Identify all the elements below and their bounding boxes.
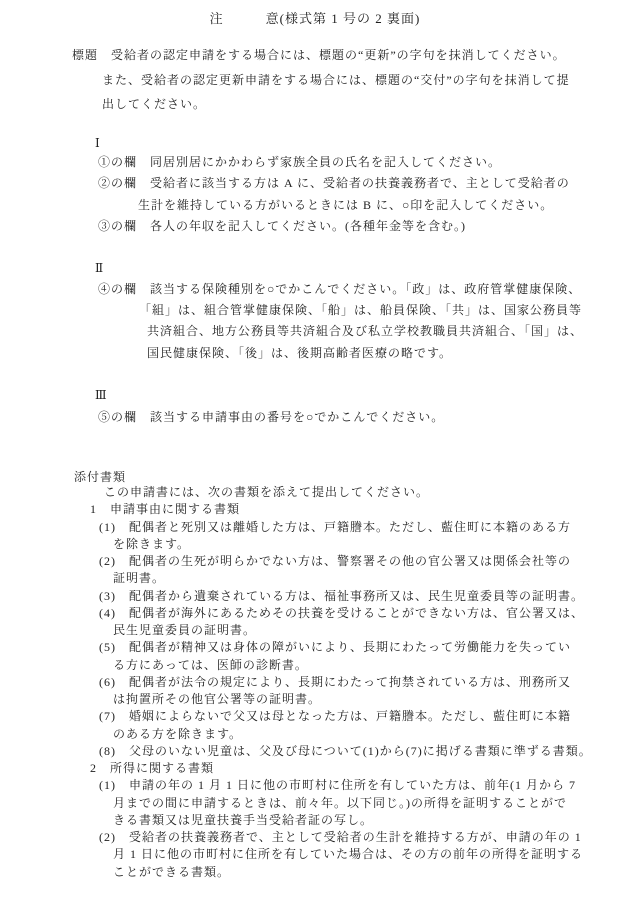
text-line: また、受給者の認定更新申請をする場合には、標題の“交付”の字句を抹消して提 — [0, 68, 630, 93]
section-iii: ⑤の欄 該当する申請事由の番号を○でかこんでください。 — [0, 410, 630, 424]
text-line: きる書類又は児童扶養手当受給者証の写し。 — [0, 812, 630, 829]
text-line: (6) 配偶者が法令の規定により、長期にわたって拘禁されている方は、刑務所又 — [0, 674, 630, 691]
text-line: この申請書には、次の書類を添えて提出してください。 — [0, 484, 630, 501]
text-line: 「組」は、組合管掌健康保険、「船」は、船員保険、「共」は、国家公務員等 — [0, 300, 630, 321]
text-line: 標題 受給者の認定申請をする場合には、標題の“更新”の字句を抹消してください。 — [0, 43, 630, 68]
text-line: (4) 配偶者が海外にあるためその扶養を受けることができない方は、官公署又は、 — [0, 605, 630, 622]
text-line: 月までの間に申請するときは、前々年。以下同じ。)の所得を証明することがで — [0, 795, 630, 812]
text-line: 証明書。 — [0, 570, 630, 587]
text-line: を除きます。 — [0, 536, 630, 553]
page-title: 注 意(様式第 1 号の 2 裏面) — [0, 10, 630, 28]
text-line: ①の欄 同居別居にかかわらず家族全員の氏名を記入してください。 — [0, 152, 630, 173]
title-note-paragraph: 標題 受給者の認定申請をする場合には、標題の“更新”の字句を抹消してください。 … — [0, 43, 630, 117]
text-line: 共済組合、地方公務員等共済組合及び私立学校教職員共済組合、「国」は、 — [0, 321, 630, 342]
text-line: は拘置所その他官公署等の証明書。 — [0, 691, 630, 708]
section-heading-ii: Ⅱ — [0, 261, 630, 275]
attachments-section: この申請書には、次の書類を添えて提出してください。 1 申請事由に関する書類 (… — [0, 484, 630, 881]
text-line: 2 所得に関する書類 — [0, 760, 630, 777]
section-heading-label: Ⅰ — [0, 136, 630, 150]
document-page: 注 意(様式第 1 号の 2 裏面) 標題 受給者の認定申請をする場合には、標題… — [0, 0, 630, 903]
section-heading-label: Ⅲ — [0, 388, 630, 402]
text-line: る方にあっては、医師の診断書。 — [0, 657, 630, 674]
text-line: ②の欄 受給者に該当する方は A に、受給者の扶養義務者で、主として受給者の — [0, 173, 630, 194]
text-line: 出してください。 — [0, 92, 630, 117]
text-line: 国民健康保険、「後」は、後期高齢者医療の略です。 — [0, 343, 630, 364]
text-line: ③の欄 各人の年収を記入してください。(各種年金等を含む。) — [0, 216, 630, 237]
text-line: (1) 申請の年の 1 月 1 日に他の市町村に住所を有していた方は、前年(1 … — [0, 777, 630, 794]
text-line: 民生児童委員の証明書。 — [0, 622, 630, 639]
text-line: ④の欄 該当する保険種別を○でかこんでください。「政」は、政府管掌健康保険、 — [0, 279, 630, 300]
text-line: (2) 受給者の扶養義務者で、主として受給者の生計を維持する方が、申請の年の 1 — [0, 829, 630, 846]
section-heading-i: Ⅰ — [0, 136, 630, 150]
section-i: ①の欄 同居別居にかかわらず家族全員の氏名を記入してください。 ②の欄 受給者に… — [0, 152, 630, 238]
text-line: のある方を除きます。 — [0, 726, 630, 743]
text-line: 月 1 日に他の市町村に住所を有していた場合は、その方の前年の所得を証明する — [0, 846, 630, 863]
text-line: (1) 配偶者と死別又は離婚した方は、戸籍謄本。ただし、藍住町に本籍のある方 — [0, 519, 630, 536]
text-line: 1 申請事由に関する書類 — [0, 501, 630, 518]
text-line: (7) 婚姻によらないで父又は母となった方は、戸籍謄本。ただし、藍住町に本籍 — [0, 708, 630, 725]
text-line: 生計を維持している方がいるときには B に、○印を記入してください。 — [0, 195, 630, 216]
text-line: (5) 配偶者が精神又は身体の障がいにより、長期にわたって労働能力を失ってい — [0, 639, 630, 656]
section-heading-label: Ⅱ — [0, 261, 630, 275]
text-line: (2) 配偶者の生死が明らかでない方は、警察署その他の官公署又は関係会社等の — [0, 553, 630, 570]
text-line: ⑤の欄 該当する申請事由の番号を○でかこんでください。 — [0, 410, 630, 424]
attachments-heading-label: 添付書類 — [0, 470, 630, 484]
section-heading-iii: Ⅲ — [0, 388, 630, 402]
attachments-heading: 添付書類 — [0, 470, 630, 484]
text-line: (3) 配偶者から遺棄されている方は、福祉事務所又は、民生児童委員等の証明書。 — [0, 588, 630, 605]
section-ii: ④の欄 該当する保険種別を○でかこんでください。「政」は、政府管掌健康保険、 「… — [0, 279, 630, 364]
text-line: ことができる書類。 — [0, 864, 630, 881]
text-line: (8) 父母のいない児童は、父及び母について(1)から(7)に掲げる書類に準ずる… — [0, 743, 630, 760]
